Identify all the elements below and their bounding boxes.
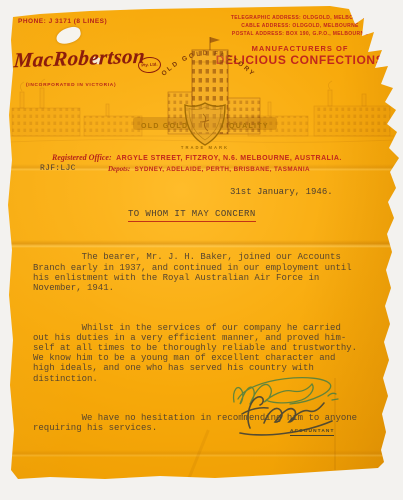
shield-trademark: OLD GOLD QUALITY TRADE MARK bbox=[133, 98, 277, 152]
salutation: TO WHOM IT MAY CONCERN bbox=[128, 209, 256, 222]
depots-value: SYDNEY, ADELAIDE, PERTH, BRISBANE, TASMA… bbox=[135, 166, 310, 173]
company-logo-script: MacRobertson bbox=[13, 44, 146, 74]
scanned-letter: PHONE: J 3171 (8 LINES) TELEGRAPHIC ADDR… bbox=[0, 0, 403, 500]
depots-line: Depots: SYDNEY, ADELAIDE, PERTH, BRISBAN… bbox=[108, 158, 310, 176]
paper-tear-spot bbox=[55, 25, 83, 46]
paragraph-1: The bearer, Mr. J. H. Baker, joined our … bbox=[33, 252, 378, 293]
depots-label: Depots: bbox=[108, 165, 130, 173]
accountant-title: ACCOUNTANT bbox=[290, 429, 334, 436]
letter-date: 31st January, 1946. bbox=[230, 187, 333, 197]
shield-left-text: OLD GOLD bbox=[141, 123, 188, 130]
reference-code: RJF:LJC bbox=[40, 157, 76, 175]
phone-line: PHONE: J 3171 (8 LINES) bbox=[18, 18, 107, 25]
letter-paper: PHONE: J 3171 (8 LINES) TELEGRAPHIC ADDR… bbox=[0, 0, 403, 500]
telegraphic-address: TELEGRAPHIC ADDRESS: OLDGOLD, MELBOURNE bbox=[208, 14, 392, 22]
shield-right-text: QUALITY bbox=[229, 123, 269, 130]
